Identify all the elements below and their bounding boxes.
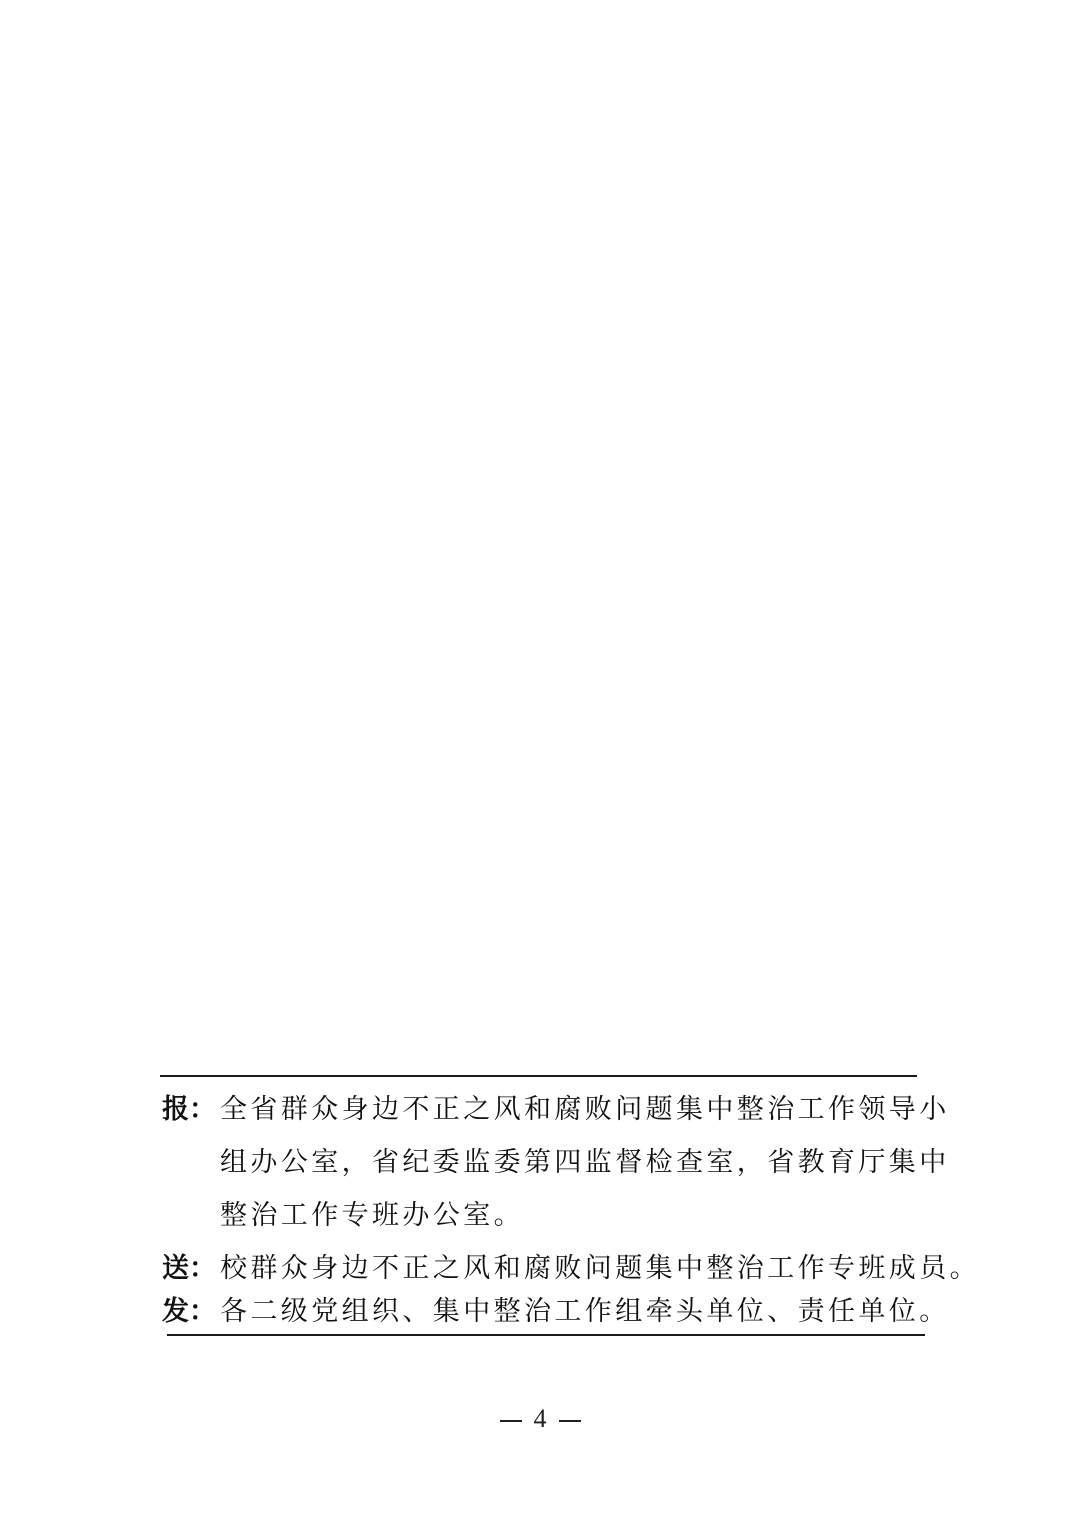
report-line-1: 报：全省群众身边不正之风和腐败问题集中整治工作领导小 xyxy=(162,1093,950,1127)
distribution-bottom-rule xyxy=(167,1334,925,1336)
report-label: 报： xyxy=(162,1094,216,1125)
issue-label: 发： xyxy=(162,1296,216,1327)
report-text-3: 整治工作专班办公室。 xyxy=(220,1200,524,1231)
dash-left xyxy=(500,1420,522,1422)
page-number: 4 xyxy=(0,1404,1080,1434)
send-line: 送：校群众身边不正之风和腐败问题集中整治工作专班成员。 xyxy=(162,1252,980,1286)
dash-right xyxy=(559,1420,581,1422)
distribution-top-rule xyxy=(160,1075,917,1077)
report-text-2: 组办公室，省纪委监委第四监督检查室，省教育厅集中 xyxy=(220,1147,950,1178)
report-text-1: 全省群众身边不正之风和腐败问题集中整治工作领导小 xyxy=(220,1094,950,1125)
page-number-value: 4 xyxy=(534,1404,547,1433)
issue-line: 发：各二级党组织、集中整治工作组牵头单位、责任单位。 xyxy=(162,1295,950,1329)
send-text: 校群众身边不正之风和腐败问题集中整治工作专班成员。 xyxy=(220,1253,980,1284)
report-line-2: 组办公室，省纪委监委第四监督检查室，省教育厅集中 xyxy=(220,1146,950,1180)
send-label: 送： xyxy=(162,1253,216,1284)
report-line-3: 整治工作专班办公室。 xyxy=(220,1199,524,1233)
issue-text: 各二级党组织、集中整治工作组牵头单位、责任单位。 xyxy=(220,1296,950,1327)
